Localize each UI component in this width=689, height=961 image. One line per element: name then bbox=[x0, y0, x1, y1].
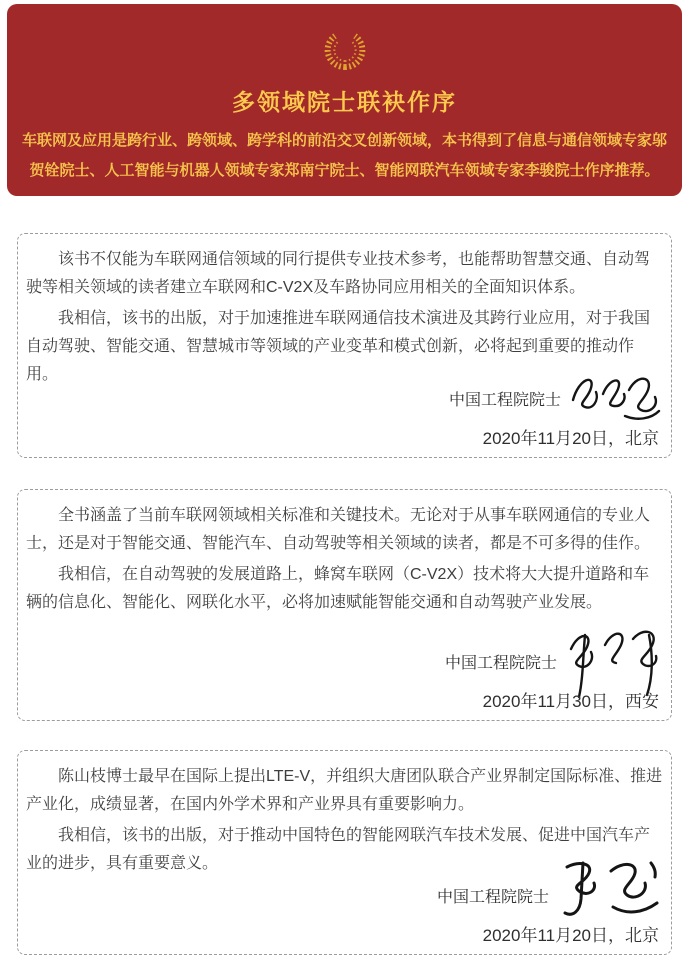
signer-title: 中国工程院院士 bbox=[449, 391, 561, 411]
testimonial-paragraph: 我相信，在自动驾驶的发展道路上，蜂窝车联网（C-V2X）技术将大大提升道路和车辆… bbox=[26, 561, 663, 617]
promo-page: 多领域院士联袂作序 车联网及应用是跨行业、跨领域、跨学科的前沿交叉创新领域，本书… bbox=[0, 0, 689, 961]
signature-li-jun-icon bbox=[553, 855, 661, 927]
testimonial-card-zheng-nanning: 全书涵盖了当前车联网领域相关标准和关键技术。无论对于从事车联网通信的专业人士，还… bbox=[17, 489, 672, 721]
header-banner: 多领域院士联袂作序 车联网及应用是跨行业、跨领域、跨学科的前沿交叉创新领域，本书… bbox=[7, 4, 682, 196]
page-title: 多领域院士联袂作序 bbox=[7, 84, 682, 117]
signer-title: 中国工程院院士 bbox=[445, 654, 557, 674]
testimonial-paragraph: 该书不仅能为车联网通信领域的同行提供专业技术参考，也能帮助智慧交通、自动驾驶等相… bbox=[26, 246, 663, 302]
signature-row: 中国工程院院士 bbox=[26, 654, 663, 681]
testimonial-card-li-jun: 陈山枝博士最早在国际上提出LTE-V，并组织大唐团队联合产业界制定国际标准、推进… bbox=[17, 750, 672, 955]
signature-wu-hequan-icon bbox=[565, 366, 661, 422]
testimonial-paragraph: 陈山枝博士最早在国际上提出LTE-V，并组织大唐团队联合产业界制定国际标准、推进… bbox=[26, 763, 663, 819]
signature-row: 中国工程院院士 bbox=[26, 391, 663, 418]
header-subtitle: 车联网及应用是跨行业、跨领域、跨学科的前沿交叉创新领域，本书得到了信息与通信领域… bbox=[21, 126, 669, 186]
laurel-wreath-icon bbox=[323, 26, 367, 72]
signature-row: 中国工程院院士 bbox=[26, 888, 663, 915]
date-line: 2020年11月20日，北京 bbox=[26, 921, 663, 946]
signer-title: 中国工程院院士 bbox=[437, 888, 549, 908]
testimonial-paragraph: 全书涵盖了当前车联网领域相关标准和关键技术。无论对于从事车联网通信的专业人士，还… bbox=[26, 502, 663, 558]
date-line: 2020年11月30日，西安 bbox=[26, 687, 663, 712]
testimonial-card-wu-hequan: 该书不仅能为车联网通信领域的同行提供专业技术参考，也能帮助智慧交通、自动驾驶等相… bbox=[17, 233, 672, 458]
date-line: 2020年11月20日，北京 bbox=[26, 424, 663, 449]
